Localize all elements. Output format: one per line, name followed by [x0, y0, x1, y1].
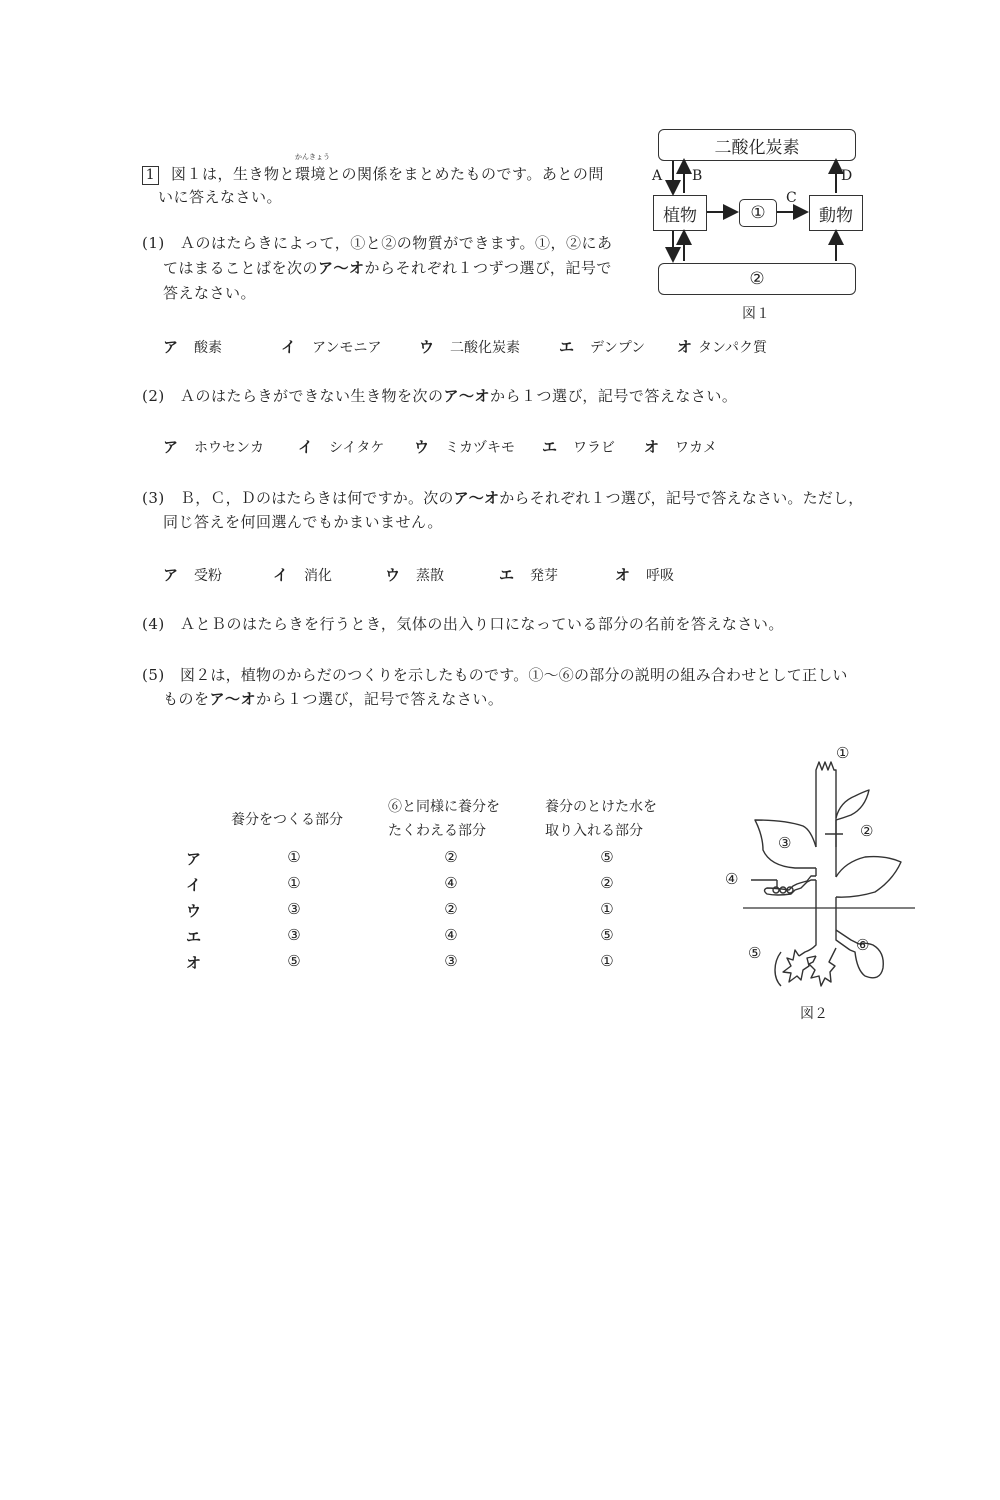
header-line: たくわえる部分	[388, 819, 500, 843]
q3-line1-text: Ｂ，Ｃ，Ｄのはたらきは何ですか。次の	[180, 489, 454, 507]
figure-2-caption: 図２	[800, 1003, 828, 1023]
table-header-1: 養分をつくる部分	[231, 808, 343, 832]
arrow-label-d: D	[841, 168, 852, 184]
cell: ①	[279, 874, 309, 892]
q1-choice-e: エデンプン	[559, 336, 677, 357]
cell: ①	[592, 900, 622, 918]
ruby-kankyou: かんきょう環境	[295, 163, 326, 186]
choice-label: ワカメ	[675, 437, 717, 457]
choice-letter: エ	[499, 564, 514, 585]
q1-line3: 答えなさい。	[163, 282, 256, 305]
q1-line2-text: てはまることばを次の	[163, 259, 318, 277]
fig2-label-6: ⑥	[856, 936, 869, 954]
header-line: ⑥と同様に養分を	[388, 795, 500, 819]
q2-line1-text: Ａのはたらきができない生き物を次の	[180, 387, 444, 405]
fig2-label-4: ④	[725, 870, 738, 888]
figure-1-arrows	[640, 120, 880, 300]
fig2-label-5: ⑤	[748, 944, 761, 962]
choice-label: ワラビ	[573, 437, 615, 457]
choice-label: 受粉	[194, 565, 222, 585]
choice-label: 蒸散	[416, 565, 444, 585]
q1-line1: Ａのはたらきによって，①と②の物質ができます。①，②にあ	[180, 232, 613, 255]
ruby-reading: かんきょう	[295, 153, 326, 161]
choice-label: ミカヅキモ	[445, 437, 515, 457]
q1-choices: ア酸素 イアンモニア ウ二酸化炭素 エデンプン オタンパク質	[163, 336, 767, 357]
choice-letter: エ	[559, 336, 574, 357]
cell: ①	[592, 952, 622, 970]
choice-letter: ウ	[385, 564, 400, 585]
fig2-label-3: ③	[778, 834, 791, 852]
q5-line1: 図２は，植物のからだのつくりを示したものです。①～⑥の部分の説明の組み合わせとし…	[180, 664, 848, 687]
ruby-base: 環境	[295, 165, 326, 183]
choice-letter: ウ	[414, 436, 429, 457]
q2-choices: アホウセンカ イシイタケ ウミカヅキモ エワラビ オワカメ	[163, 436, 717, 457]
q3-choice-a: ア受粉	[163, 564, 273, 585]
choice-letter: ア	[163, 436, 178, 457]
plant-diagram	[715, 740, 925, 1000]
figure-1-caption: 図１	[742, 303, 770, 323]
q2-line1-bold: ア～オ	[444, 387, 491, 405]
q1-line2-text-cont: からそれぞれ１つずつ選び，記号で	[365, 259, 612, 277]
table-header-3: 養分のとけた水を 取り入れる部分	[545, 795, 657, 843]
choice-label: シイタケ	[329, 437, 384, 457]
cell: ②	[436, 900, 466, 918]
q3-choice-e: エ発芽	[499, 564, 615, 585]
choice-letter: ア	[163, 564, 178, 585]
choice-letter: イ	[298, 436, 313, 457]
choice-letter: エ	[542, 436, 557, 457]
q5-line2: ものをア～オから１つ選び，記号で答えなさい。	[163, 688, 503, 711]
choice-label: 二酸化炭素	[450, 337, 520, 357]
q1-number: (1)	[142, 232, 165, 255]
q5-line2-text-cont: から１つ選び，記号で答えなさい。	[256, 690, 503, 708]
choice-letter: オ	[615, 564, 630, 585]
choice-label: タンパク質	[698, 337, 767, 357]
cell: ⑤	[592, 926, 622, 944]
choice-letter: イ	[273, 564, 288, 585]
question-number: 1	[142, 166, 159, 185]
q2-choice-o: オワカメ	[644, 436, 717, 457]
choice-letter: オ	[677, 336, 692, 357]
cell: ④	[436, 874, 466, 892]
cell: ②	[436, 848, 466, 866]
q2-number: (2)	[142, 385, 165, 408]
row-label: ウ	[186, 900, 206, 921]
row-label: ア	[186, 848, 206, 869]
q5-line2-text: ものを	[163, 690, 210, 708]
header-line: 養分をつくる部分	[231, 808, 343, 832]
arrow-label-b: B	[692, 168, 702, 184]
fig2-label-2: ②	[860, 822, 873, 840]
table-header-2: ⑥と同様に養分を たくわえる部分	[388, 795, 500, 843]
q3-line2: 同じ答えを何回選んでもかまいません。	[163, 511, 443, 534]
cell: ⑤	[592, 848, 622, 866]
choice-label: 発芽	[530, 565, 558, 585]
header-line: 取り入れる部分	[545, 819, 657, 843]
q2-choice-u: ウミカヅキモ	[414, 436, 542, 457]
q3-choice-o: オ呼吸	[615, 564, 674, 585]
q1-choice-u: ウ二酸化炭素	[419, 336, 559, 357]
q2-choice-e: エワラビ	[542, 436, 644, 457]
q3-choices: ア受粉 イ消化 ウ蒸散 エ発芽 オ呼吸	[163, 564, 674, 585]
question-intro: 1図１は，生き物とかんきょう環境との関係をまとめたものです。あとの問	[142, 163, 604, 186]
cell: ⑤	[279, 952, 309, 970]
q1-line2: てはまることばを次のア～オからそれぞれ１つずつ選び，記号で	[163, 257, 612, 280]
choice-label: 消化	[304, 565, 332, 585]
header-line: 養分のとけた水を	[545, 795, 657, 819]
q2-line1: Ａのはたらきができない生き物を次のア～オから１つ選び，記号で答えなさい。	[180, 385, 737, 408]
q4-number: (4)	[142, 613, 165, 636]
cell: ③	[279, 926, 309, 944]
q4-line1: ＡとＢのはたらきを行うとき，気体の出入り口になっている部分の名前を答えなさい。	[180, 613, 784, 636]
choice-letter: ア	[163, 336, 178, 357]
q5-number: (5)	[142, 664, 165, 687]
choice-letter: イ	[281, 336, 296, 357]
intro-line2: いに答えなさい。	[158, 186, 282, 209]
arrow-label-a: A	[652, 168, 662, 184]
arrow-label-c: C	[786, 190, 797, 206]
cell: ②	[592, 874, 622, 892]
q1-line2-bold: ア～オ	[318, 259, 365, 277]
q3-line1-text-cont: からそれぞれ１つ選び，記号で答えなさい。ただし，	[499, 489, 863, 507]
q3-number: (3)	[142, 487, 165, 510]
cell: ③	[436, 952, 466, 970]
q2-choice-i: イシイタケ	[298, 436, 414, 457]
q5-line2-bold: ア～オ	[210, 690, 257, 708]
cell: ③	[279, 900, 309, 918]
q3-choice-i: イ消化	[273, 564, 385, 585]
choice-letter: ウ	[419, 336, 434, 357]
intro-text: 図１は，生き物と	[171, 165, 295, 183]
choice-letter: オ	[644, 436, 659, 457]
q3-line1-bold: ア～オ	[454, 489, 500, 507]
q1-choice-o: オタンパク質	[677, 336, 767, 357]
row-label: オ	[186, 952, 206, 973]
q1-choice-a: ア酸素	[163, 336, 281, 357]
fig2-label-1: ①	[836, 744, 849, 762]
q2-line1-text-cont: から１つ選び，記号で答えなさい。	[490, 387, 737, 405]
cell: ①	[279, 848, 309, 866]
row-label: エ	[186, 926, 206, 947]
q1-choice-i: イアンモニア	[281, 336, 419, 357]
q3-line1: Ｂ，Ｃ，Ｄのはたらきは何ですか。次のア～オからそれぞれ１つ選び，記号で答えなさい…	[180, 487, 863, 510]
choice-label: 呼吸	[646, 565, 674, 585]
choice-label: 酸素	[194, 337, 222, 357]
row-label: イ	[186, 874, 206, 895]
choice-label: デンプン	[590, 337, 645, 357]
q2-choice-a: アホウセンカ	[163, 436, 298, 457]
choice-label: ホウセンカ	[194, 437, 264, 457]
intro-text-cont: との関係をまとめたものです。あとの問	[326, 165, 604, 183]
cell: ④	[436, 926, 466, 944]
choice-label: アンモニア	[312, 337, 381, 357]
q3-choice-u: ウ蒸散	[385, 564, 499, 585]
